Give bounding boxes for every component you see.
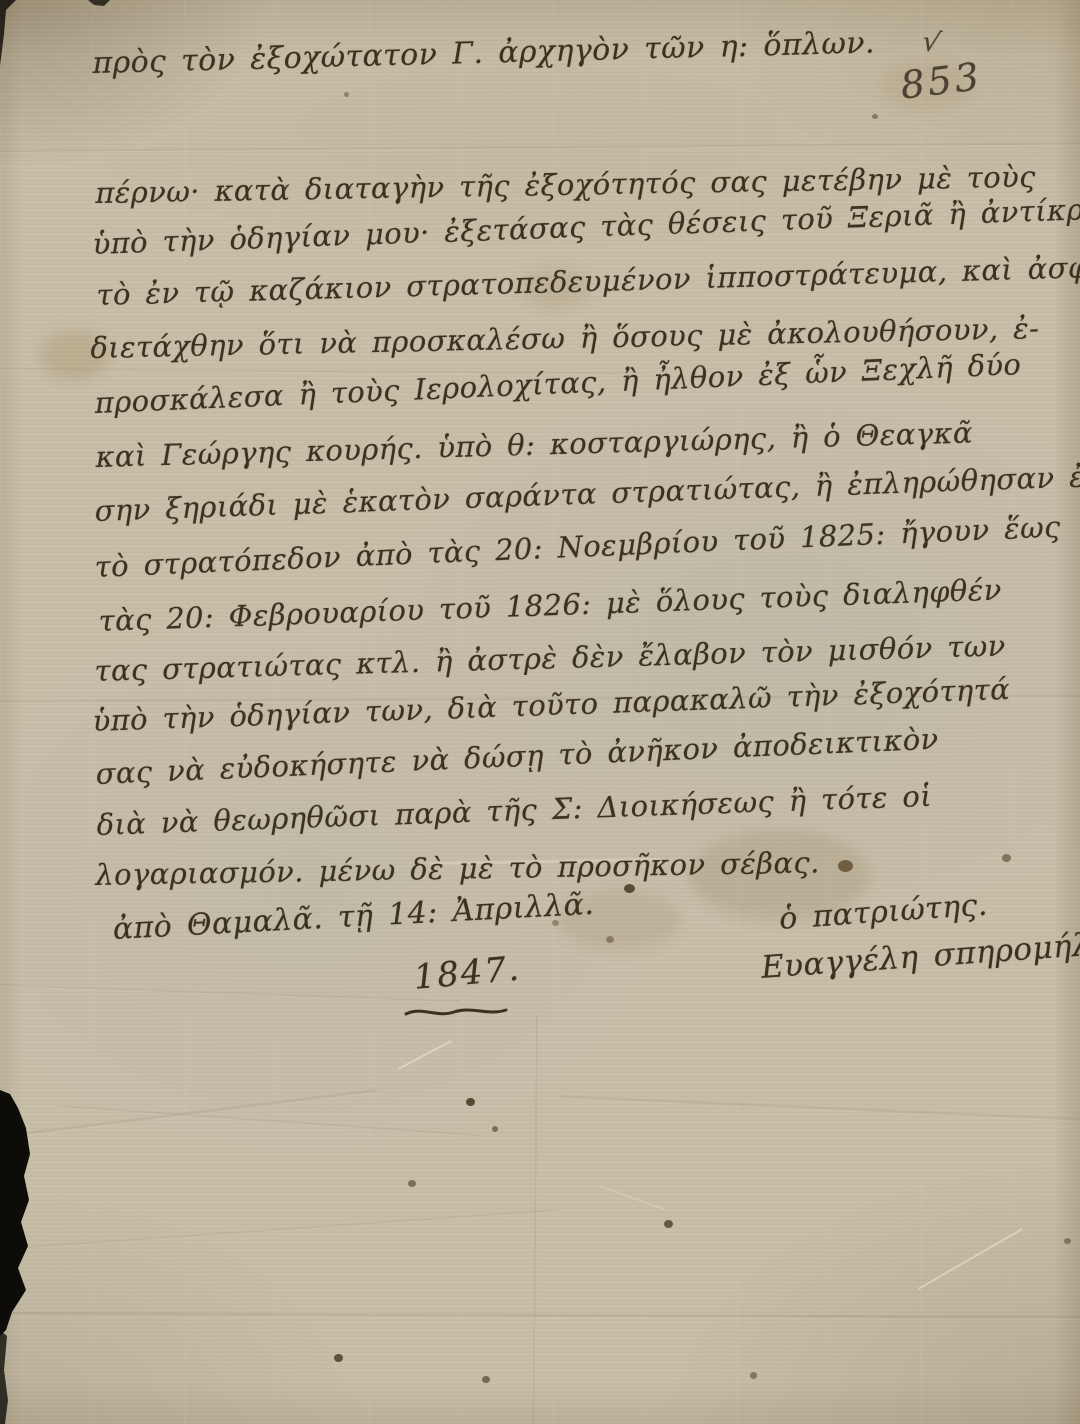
manuscript-page: πρὸς τὸν ἐξοχώτατον Γ. ἀρχηγὸν τῶν η: ὅπ…	[0, 0, 1080, 1424]
